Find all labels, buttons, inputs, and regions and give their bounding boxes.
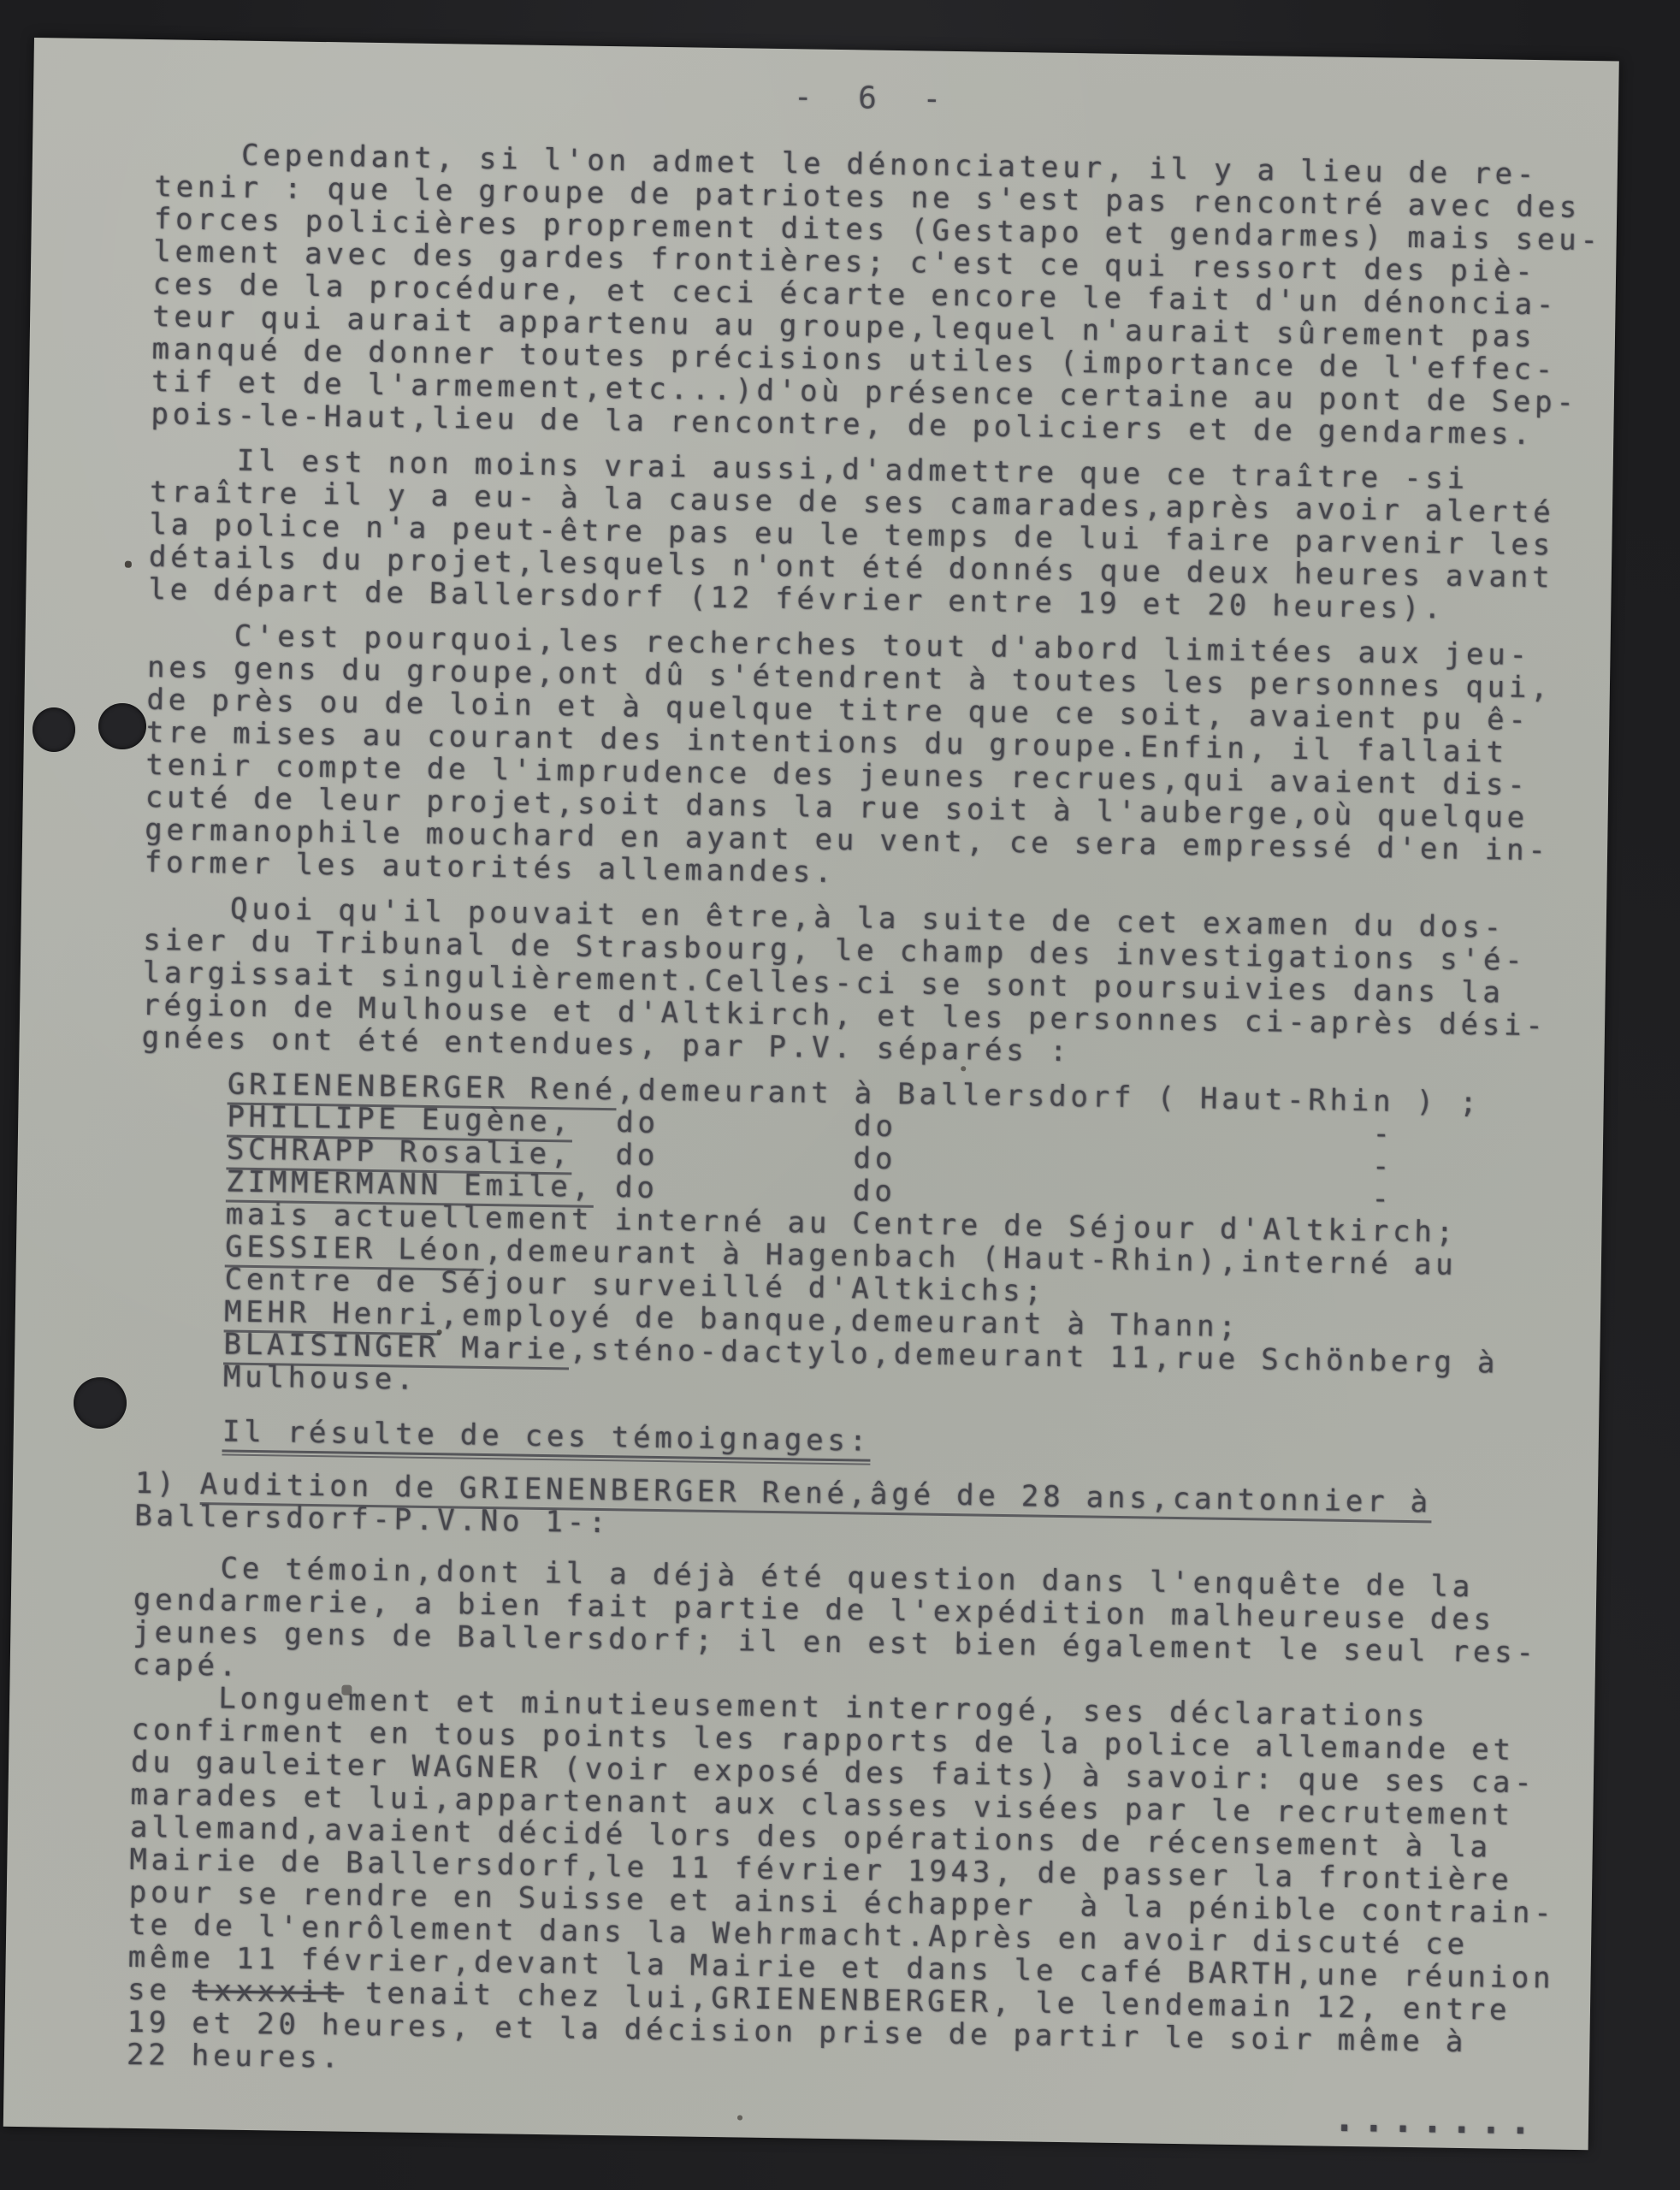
struck-text: txxxxit	[192, 1974, 344, 2010]
scan-background: - 6 - Cependant, si l'on admet le dénonc…	[0, 0, 1680, 2190]
text-line: .......	[126, 2085, 1539, 2139]
text-segment: Mulhouse.	[137, 1358, 418, 1397]
page-number: - 6 -	[156, 70, 1593, 127]
punch-hole	[98, 703, 146, 749]
underlined-text: Il résulte de ces témoignages:	[222, 1414, 872, 1465]
text-segment	[141, 1066, 228, 1101]
paragraph-3: C'est pourquoi,les recherches tout d'abo…	[144, 619, 1584, 900]
paragraph-2: Il est non moins vrai aussi,d'admettre q…	[148, 443, 1588, 627]
section-heading: Il résulte de ces témoignages:	[136, 1414, 1573, 1468]
text-line: Il résulte de ces témoignages:	[136, 1414, 1573, 1468]
text-segment: 22 heures.	[127, 2038, 343, 2075]
text-segment: capé.	[133, 1648, 241, 1684]
text-segment	[139, 1228, 226, 1264]
text-segment	[139, 1131, 227, 1166]
text-segment	[137, 1326, 224, 1361]
punch-hole	[74, 1377, 127, 1429]
paragraph-1: Cependant, si l'on admet le dénonciateur…	[151, 138, 1592, 452]
paragraph-5: Ce témoin,dont il a déjà été question da…	[127, 1551, 1571, 2092]
text-segment: 1)	[135, 1466, 200, 1501]
text-segment	[139, 1163, 227, 1199]
text-segment: .......	[1334, 2098, 1540, 2143]
audition-heading: 1) Audition de GRIENENBERGER René,âgé de…	[134, 1467, 1572, 1554]
paper-specks	[34, 38, 36, 39]
document-body: Cependant, si l'on admet le dénonciateur…	[126, 138, 1592, 2139]
text-segment	[136, 1413, 223, 1448]
trailing-dots: .......	[126, 2085, 1563, 2139]
paper-sheet: - 6 - Cependant, si l'on admet le dénonc…	[3, 38, 1619, 2150]
text-segment	[138, 1293, 225, 1329]
witness-list: GRIENENBERGER René,demeurant à Ballersdo…	[137, 1067, 1578, 1413]
text-segment: se	[127, 1973, 192, 2008]
text-segment: Ballersdorf-P.V.No 1-:	[134, 1499, 610, 1540]
text-segment	[140, 1098, 228, 1133]
punch-hole	[33, 707, 75, 752]
paragraph-4: Quoi qu'il pouvait en être,à la suite de…	[141, 891, 1581, 1075]
